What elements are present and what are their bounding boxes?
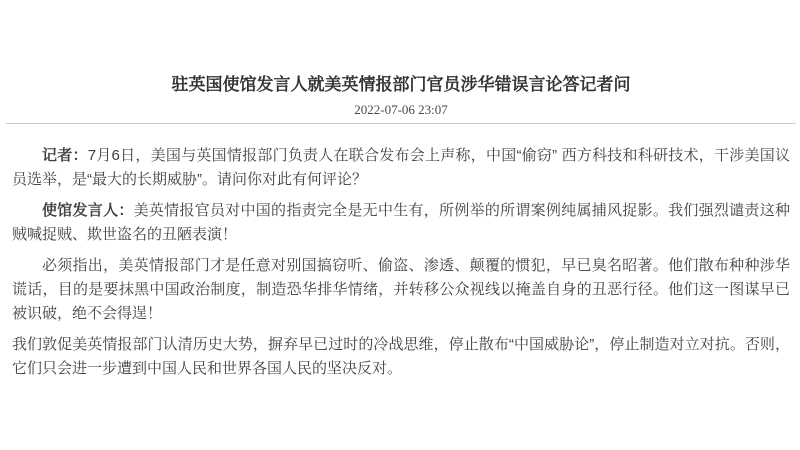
publish-date: 2022-07-06 23:07: [12, 101, 790, 119]
paragraph-conclusion: 我们敦促美英情报部门认清历史大势，摒弃早已过时的冷战思维，停止散布“中国威胁论”…: [12, 333, 790, 381]
article-page: 驻英国使馆发言人就美英情报部门官员涉华错误言论答记者问 2022-07-06 2…: [0, 0, 800, 450]
paragraph-statement: 必须指出，美英情报部门才是任意对别国搞窃听、偷盗、渗透、颠覆的惯犯，早已臭名昭著…: [12, 254, 790, 326]
page-title: 驻英国使馆发言人就美英情报部门官员涉华错误言论答记者问: [12, 0, 790, 97]
paragraph-text: 我们敦促美英情报部门认清历史大势，摒弃早已过时的冷战思维，停止散布“中国威胁论”…: [12, 336, 790, 377]
title-divider: [6, 123, 796, 124]
paragraph-text: 必须指出，美英情报部门才是任意对别国搞窃听、偷盗、渗透、颠覆的惯犯，早已臭名昭著…: [12, 257, 790, 322]
speaker-label-reporter: 记者：: [42, 147, 88, 164]
speaker-label-spokesperson: 使馆发言人：: [42, 202, 134, 219]
article-body: 记者：7月6日，美国与英国情报部门负责人在联合发布会上声称，中国“偷窃” 西方科…: [12, 144, 790, 381]
paragraph-spokesperson-answer: 使馆发言人：美英情报官员对中国的指责完全是无中生有，所例举的所谓案例纯属捕风捉影…: [12, 199, 790, 247]
paragraph-reporter-question: 记者：7月6日，美国与英国情报部门负责人在联合发布会上声称，中国“偷窃” 西方科…: [12, 144, 790, 192]
paragraph-text: 7月6日，美国与英国情报部门负责人在联合发布会上声称，中国“偷窃” 西方科技和科…: [12, 147, 790, 188]
